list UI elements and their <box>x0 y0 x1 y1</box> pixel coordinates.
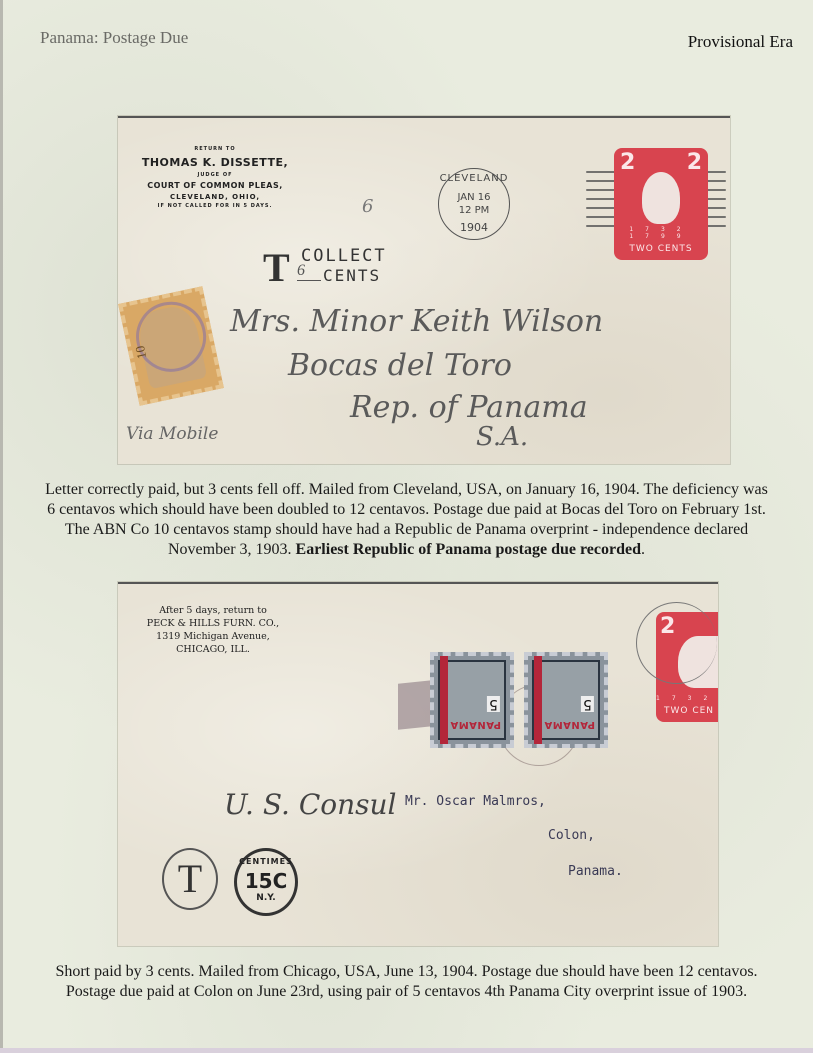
indicia-value: TWO CENTS <box>614 244 708 254</box>
panama-5c-overprint-stamp: PANAMA 5 <box>524 652 608 748</box>
return-address: After 5 days, return to PECK & HILLS FUR… <box>128 604 298 656</box>
sender-name: THOMAS K. DISSETTE, <box>130 156 300 169</box>
sender-street: 1319 Michigan Avenue, <box>128 630 298 643</box>
ink-smudge <box>398 680 432 730</box>
stamp-value: 5 <box>581 696 594 712</box>
sender-city: CHICAGO, ILL. <box>128 643 298 656</box>
due-top-text: CENTIMES <box>237 857 295 866</box>
address-line-3: Rep. of Panama <box>350 390 588 425</box>
routing-endorsement: Via Mobile <box>126 424 218 444</box>
address-line-2: Bocas del Toro <box>288 348 512 383</box>
postmark-year: 1904 <box>439 221 509 234</box>
cover-1-envelope: RETURN TO THOMAS K. DISSETTE, JUDGE OF C… <box>118 116 730 464</box>
stamp-value: 5 <box>487 696 500 712</box>
tax-letter: T <box>263 244 290 291</box>
due-office: N.Y. <box>237 893 295 903</box>
return-to-label: RETURN TO <box>130 146 300 152</box>
return-address: RETURN TO THOMAS K. DISSETTE, JUDGE OF C… <box>130 146 300 209</box>
overprint-bar <box>440 656 448 744</box>
pencil-mark: 6 <box>362 196 373 217</box>
address-line-3: Panama. <box>568 864 623 879</box>
postmark-date: JAN 16 <box>439 192 509 203</box>
indicia-denomination-left: 2 <box>620 150 635 175</box>
us-2c-indicia: 2 2 1732 1799 TWO CENTS <box>614 148 708 260</box>
address-line-1: Mrs. Minor Keith Wilson <box>230 304 603 339</box>
sender-court: COURT OF COMMON PLEAS, <box>130 181 300 190</box>
page-edge <box>0 0 3 1053</box>
caption-end: . <box>641 541 645 558</box>
address-line-4: S.A. <box>476 422 528 452</box>
sender-city: CLEVELAND, OHIO, <box>130 193 300 201</box>
indicia-years: 1732 1799 <box>614 226 708 240</box>
page-header-right: Provisional Era <box>688 32 793 52</box>
page-header-left: Panama: Postage Due <box>40 28 188 48</box>
indicia-years: 1732 <box>656 695 718 702</box>
indicia-denomination-right: 2 <box>687 150 702 175</box>
tax-letter: T <box>178 856 202 901</box>
address-line-1: Mr. Oscar Malmros, <box>405 794 546 809</box>
stamp-overprint: PANAMA <box>544 719 595 730</box>
return-instructions: IF NOT CALLED FOR IN 5 DAYS. <box>130 203 300 209</box>
cover-2-caption: Short paid by 3 cents. Mailed from Chica… <box>30 962 783 1002</box>
cleveland-postmark: CLEVELAND JAN 16 12 PM 1904 <box>438 168 510 240</box>
postmark-town: CLEVELAND <box>439 173 509 184</box>
page-edge-bottom <box>0 1048 813 1053</box>
centimes-due-handstamp: CENTIMES 15C N.Y. <box>234 848 298 916</box>
cover-1-caption: Letter correctly paid, but 3 cents fell … <box>40 480 773 560</box>
postmark-time: 12 PM <box>439 205 509 216</box>
due-amount: 15C <box>237 869 295 893</box>
manuscript-endorsement: U. S. Consul <box>224 788 396 821</box>
chicago-postmark <box>636 602 717 684</box>
panama-10c-stamp: 10 <box>118 286 224 406</box>
stamp-overprint: PANAMA <box>450 719 501 730</box>
washington-portrait-icon <box>642 172 680 224</box>
indicia-value: TWO CEN <box>664 706 726 716</box>
return-instructions: After 5 days, return to <box>128 604 298 617</box>
caption-highlight: Earliest Republic of Panama postage due … <box>296 541 641 558</box>
manuscript-amount: 6 <box>297 262 321 281</box>
cover-2-envelope: After 5 days, return to PECK & HILLS FUR… <box>118 582 718 946</box>
panama-5c-overprint-stamp: PANAMA 5 <box>430 652 514 748</box>
sender-title: JUDGE OF <box>130 172 300 178</box>
overprint-bar <box>534 656 542 744</box>
cents-text: CENTS <box>323 266 381 285</box>
tax-t-circle: T <box>162 848 218 910</box>
address-line-2: Colon, <box>548 828 595 843</box>
sender-name: PECK & HILLS FURN. CO., <box>128 617 298 630</box>
